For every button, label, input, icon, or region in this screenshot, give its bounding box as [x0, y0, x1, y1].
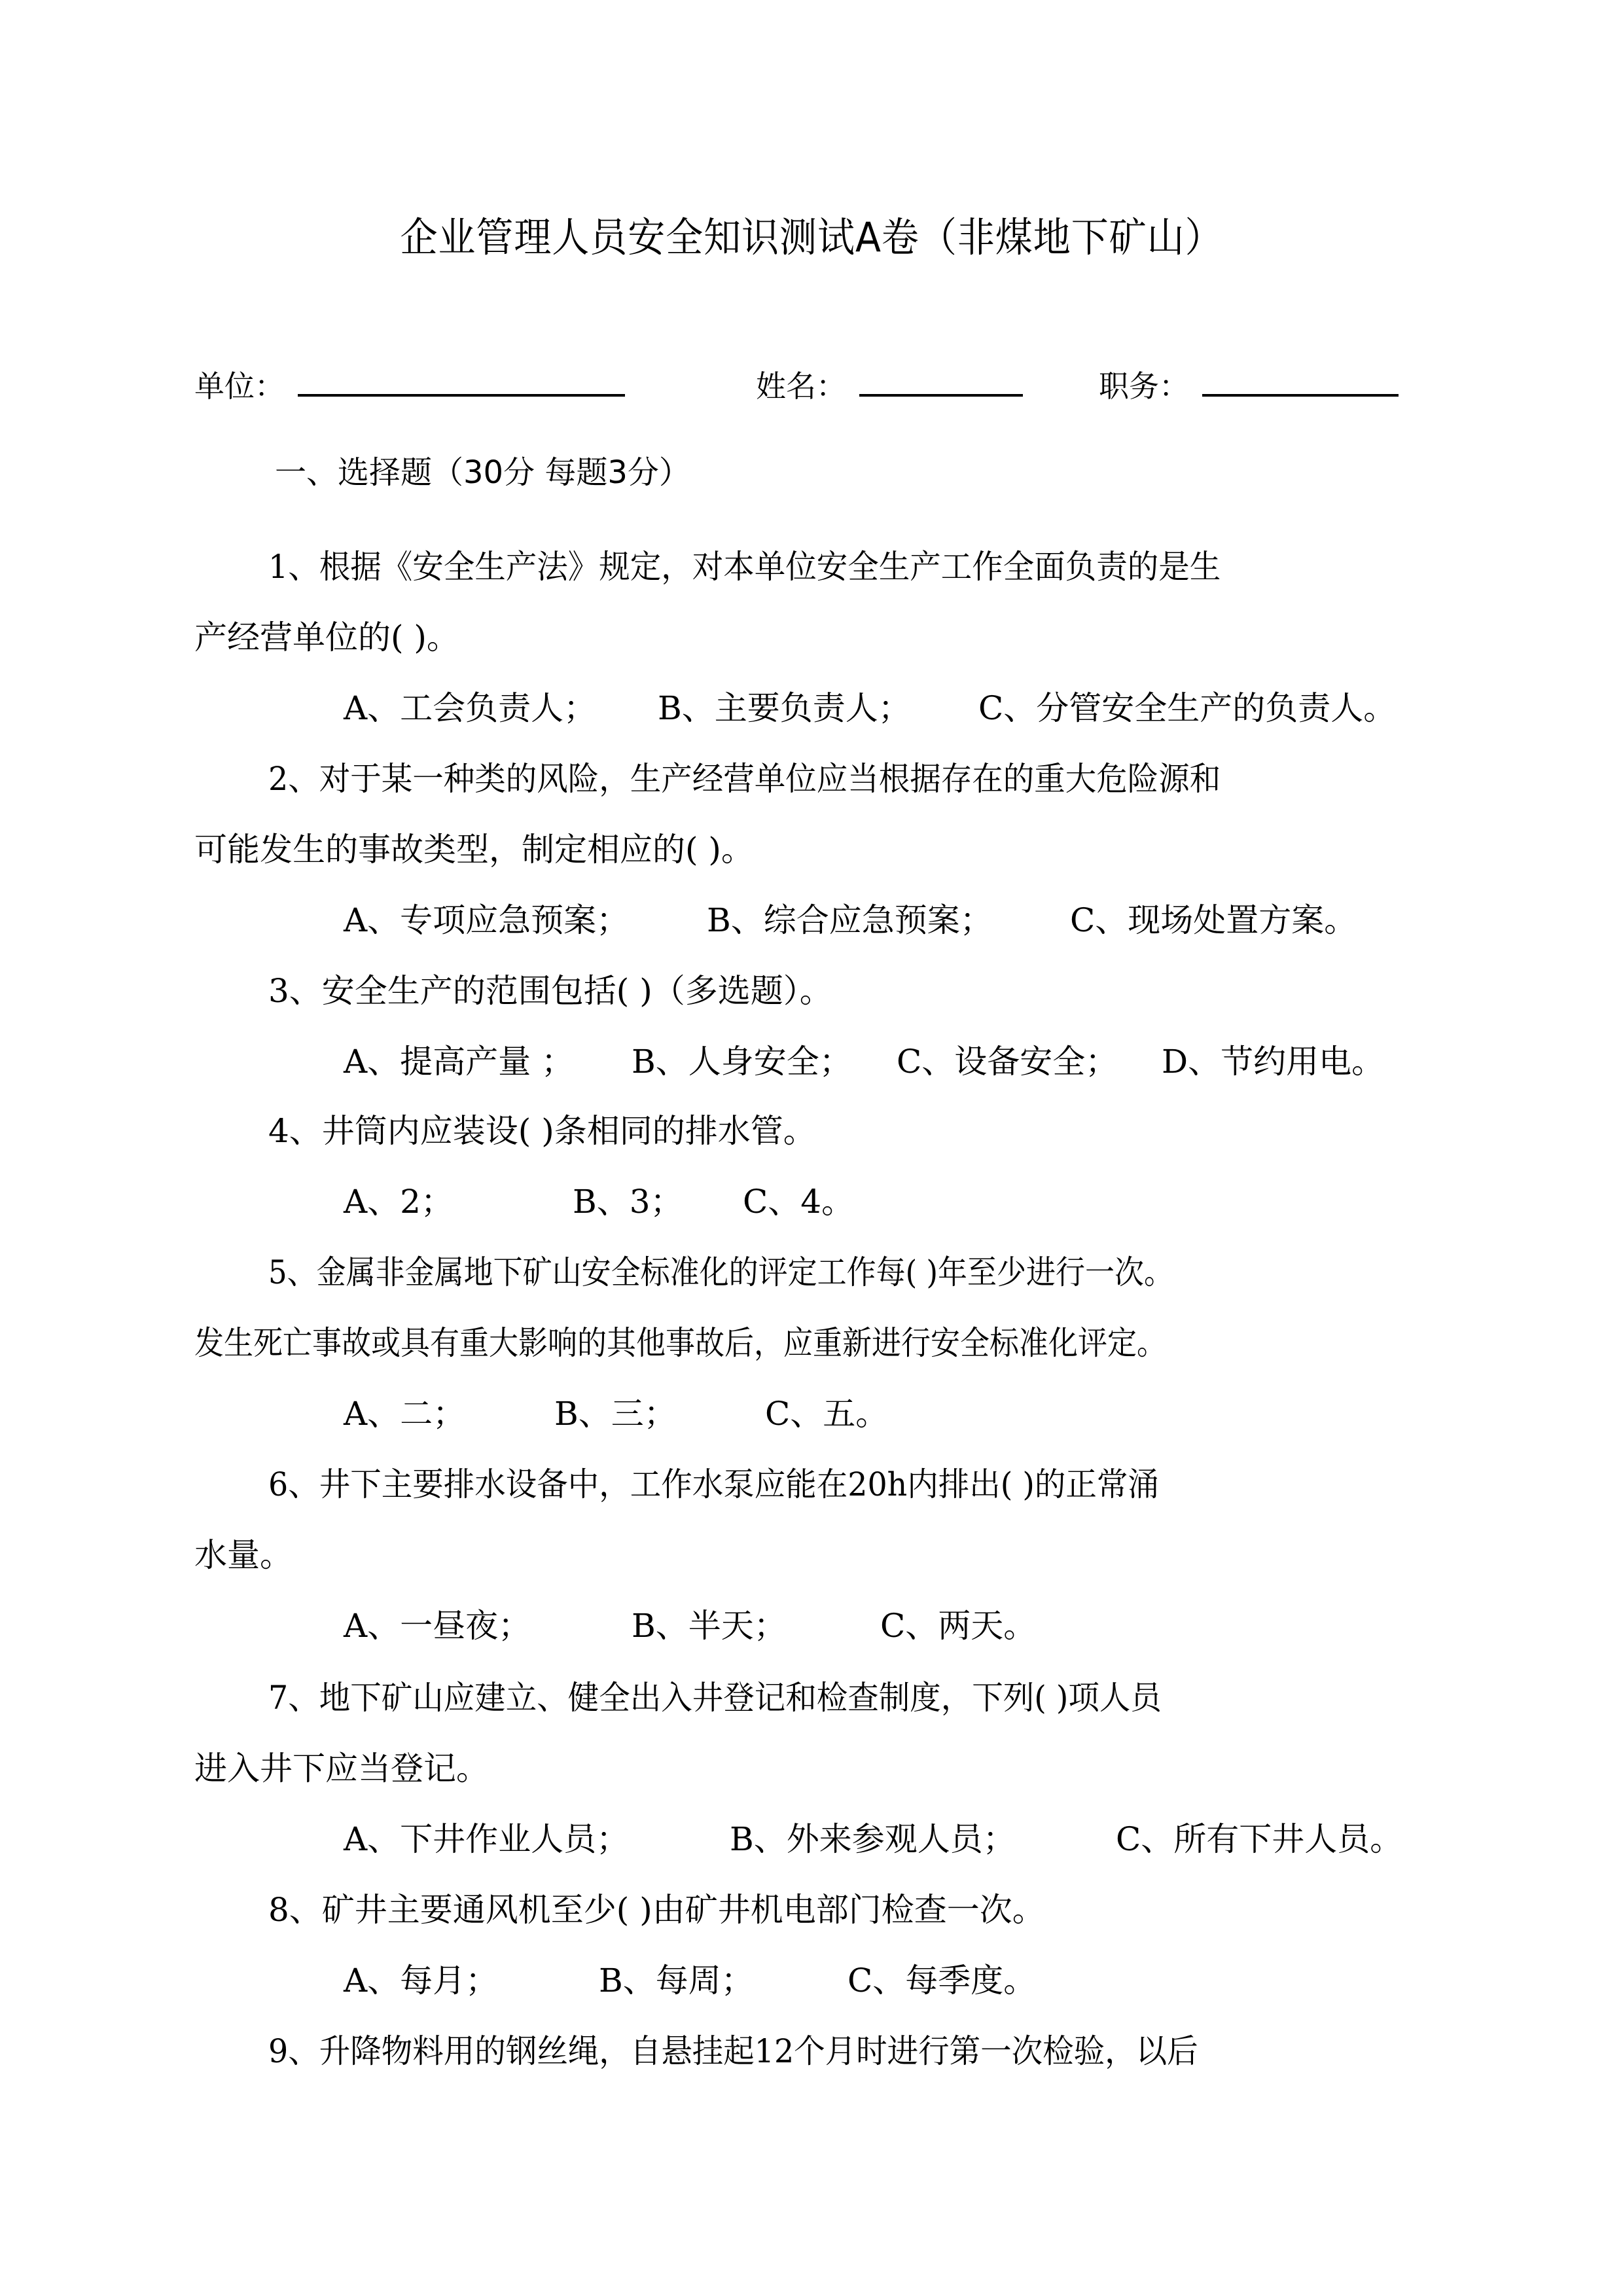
unit-field: 单位：: [194, 360, 625, 412]
question-2-option-c: C、现场处置方案。: [1070, 894, 1357, 946]
question-7-line-1: 7、地下矿山应建立、健全出入井登记和检查制度，下列( )项人员: [268, 1672, 1162, 1724]
unit-label: 单位：: [194, 360, 285, 412]
question-4-option-c: C、4。: [743, 1175, 854, 1228]
question-8-option-a: A、每月；: [344, 1954, 599, 2007]
question-6-line-1: 6、井下主要排水设备中，工作水泵应能在20h内排出( )的正常涌: [268, 1458, 1159, 1511]
question-5-options: A、二；B、三；C、五。: [344, 1388, 888, 1440]
question-1-line-2: 产经营单位的( )。: [194, 611, 459, 664]
question-2-line-2: 可能发生的事故类型，制定相应的( )。: [194, 823, 754, 876]
question-8-options: A、每月；B、每周；C、每季度。: [344, 1954, 1036, 2007]
question-3-option-b: B、人身安全；: [632, 1035, 897, 1088]
position-field: 职务：: [1099, 360, 1399, 412]
question-1-line-1: 1、根据《安全生产法》规定，对本单位安全生产工作全面负责的是生: [268, 541, 1221, 593]
question-2-line-1: 2、对于某一种类的风险，生产经营单位应当根据存在的重大危险源和: [268, 753, 1221, 805]
question-2-options: A、专项应急预案；B、综合应急预案；C、现场处置方案。: [344, 894, 1357, 946]
question-3-option-a: A、提高产量 ；: [344, 1035, 632, 1088]
question-3-options: A、提高产量 ；B、人身安全；C、设备安全；D、节约用电。: [344, 1035, 1384, 1088]
question-1-option-b: B、主要负责人；: [658, 682, 978, 734]
name-field: 姓名：: [756, 360, 1023, 412]
page-title: 企业管理人员安全知识测试A卷（非煤地下矿山）: [65, 208, 1558, 267]
question-7-line-2: 进入井下应当登记。: [194, 1742, 489, 1795]
question-8-option-c: C、每季度。: [847, 1954, 1036, 2007]
question-1-options: A、工会负责人；B、主要负责人；C、分管安全生产的负责人。: [344, 682, 1396, 734]
question-7-option-c: C、所有下井人员。: [1116, 1813, 1402, 1865]
question-8-option-b: B、每周；: [599, 1954, 847, 2007]
question-1-option-c: C、分管安全生产的负责人。: [978, 682, 1396, 734]
name-label: 姓名：: [756, 360, 846, 412]
question-4-option-b: B、3；: [573, 1175, 743, 1228]
question-5-line-1: 5、金属非金属地下矿山安全标准化的评定工作每( )年至少进行一次。: [268, 1246, 1173, 1299]
question-5-line-2: 发生死亡事故或具有重大影响的其他事故后，应重新进行安全标准化评定。: [194, 1317, 1166, 1369]
question-2-option-a: A、专项应急预案；: [344, 894, 707, 946]
question-4-option-a: A、2；: [344, 1175, 573, 1228]
question-5-option-b: B、三；: [554, 1388, 765, 1440]
question-9-line-1: 9、升降物料用的钢丝绳，自悬挂起12个月时进行第一次检验，以后: [268, 2025, 1198, 2077]
name-blank[interactable]: [859, 361, 1023, 397]
question-1-option-a: A、工会负责人；: [344, 682, 658, 734]
question-2-option-b: B、综合应急预案；: [707, 894, 1070, 946]
section-heading-choice: 一、选择题（30分 每题3分）: [275, 446, 690, 499]
question-3-option-c: C、设备安全；: [897, 1035, 1162, 1088]
question-6-option-c: C、两天。: [880, 1600, 1036, 1652]
question-8-line-1: 8、矿井主要通风机至少( )由矿井机电部门检查一次。: [268, 1884, 1045, 1936]
question-7-option-a: A、下井作业人员；: [344, 1813, 730, 1865]
question-7-option-b: B、外来参观人员；: [730, 1813, 1116, 1865]
position-blank[interactable]: [1202, 361, 1399, 397]
unit-blank[interactable]: [298, 361, 625, 397]
question-6-line-2: 水量。: [194, 1529, 293, 1581]
question-5-option-a: A、二；: [344, 1388, 554, 1440]
question-3-option-d: D、节约用电。: [1162, 1035, 1384, 1088]
question-4-line-1: 4、井筒内应装设( )条相同的排水管。: [268, 1105, 816, 1157]
question-5-option-c: C、五。: [765, 1388, 888, 1440]
question-6-options: A、一昼夜；B、半天；C、两天。: [344, 1600, 1036, 1652]
question-7-options: A、下井作业人员；B、外来参观人员；C、所有下井人员。: [344, 1813, 1402, 1865]
question-6-option-b: B、半天；: [632, 1600, 880, 1652]
position-label: 职务：: [1099, 360, 1189, 412]
question-3-line-1: 3、安全生产的范围包括( )（多选题）。: [268, 965, 832, 1017]
question-4-options: A、2；B、3；C、4。: [344, 1175, 854, 1228]
examinee-info-row: 单位： 姓名： 职务：: [194, 360, 1438, 412]
exam-page: 企业管理人员安全知识测试A卷（非煤地下矿山） 单位： 姓名： 职务： 一、选择题…: [0, 0, 1623, 2296]
question-6-option-a: A、一昼夜；: [344, 1600, 632, 1652]
